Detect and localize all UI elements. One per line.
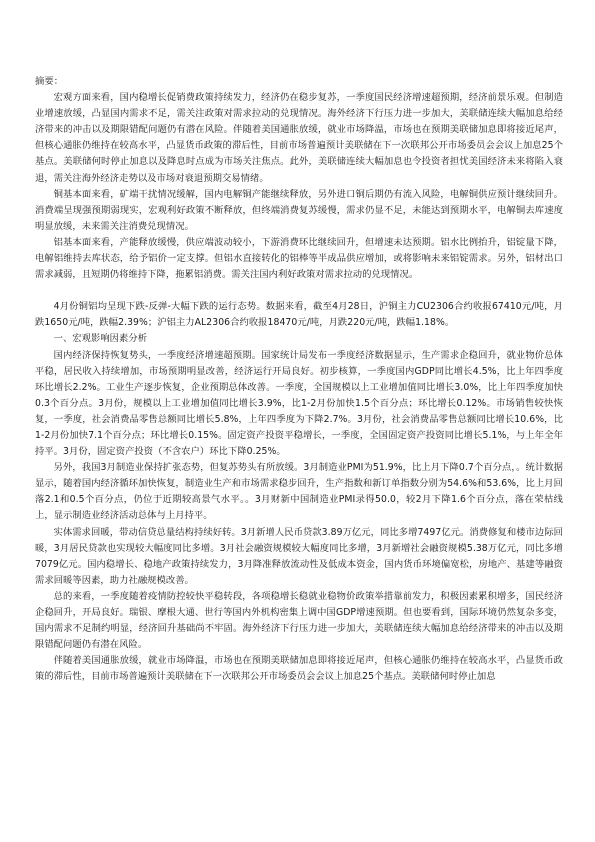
summary-paragraph-aluminum: 铝基本面来看，产能释放缓慢，供应端波动较小，下游消费环比继续回升，但增速未达预期… <box>35 235 563 283</box>
document-page: 摘要： 宏观方面来看，国内稳增长促销费政策持续发力，经济仍在稳步复苏，一季度国民… <box>0 0 595 842</box>
body-paragraph-economy: 国内经济保持恢复势头，一季度经济增速超预期。国家统计局发布一季度经济数据显示，生… <box>35 348 563 461</box>
summary-paragraph-copper: 铜基本面来看，矿端干扰情况缓解，国内电解铜产能继续释放，另外进口铜后期仍有流入风… <box>35 187 563 235</box>
body-paragraph-outlook: 总的来看，一季度随着疫情防控较快平稳转段，各项稳增长稳就业稳物价政策举措靠前发力… <box>35 589 563 653</box>
paragraph-spacer <box>35 283 563 299</box>
body-paragraph-fed: 伴随着美国通胀放缓，就业市场降温，市场也在预期美联储加息即将接近尾声，但核心通胀… <box>35 653 563 685</box>
document-body: 摘要： 宏观方面来看，国内稳增长促销费政策持续发力，经济仍在稳步复苏，一季度国民… <box>35 74 563 685</box>
summary-label: 摘要： <box>35 74 563 90</box>
body-paragraph-credit: 实体需求回暖，带动信贷总量结构持续好转。3月新增人民币贷款3.89万亿元，同比多… <box>35 525 563 589</box>
market-overview-paragraph: 4月份铜铝均呈现下跌-反弹-大幅下跌的运行态势。数据来看，截至4月28日，沪铜主… <box>35 299 563 331</box>
body-paragraph-pmi: 另外，我国3月制造业保持扩张态势，但复苏势头有所放缓。3月制造业PMI为51.9… <box>35 460 563 524</box>
summary-paragraph-macro: 宏观方面来看，国内稳增长促销费政策持续发力，经济仍在稳步复苏，一季度国民经济增速… <box>35 90 563 187</box>
section-heading: 一、宏观影响因素分析 <box>35 331 563 347</box>
